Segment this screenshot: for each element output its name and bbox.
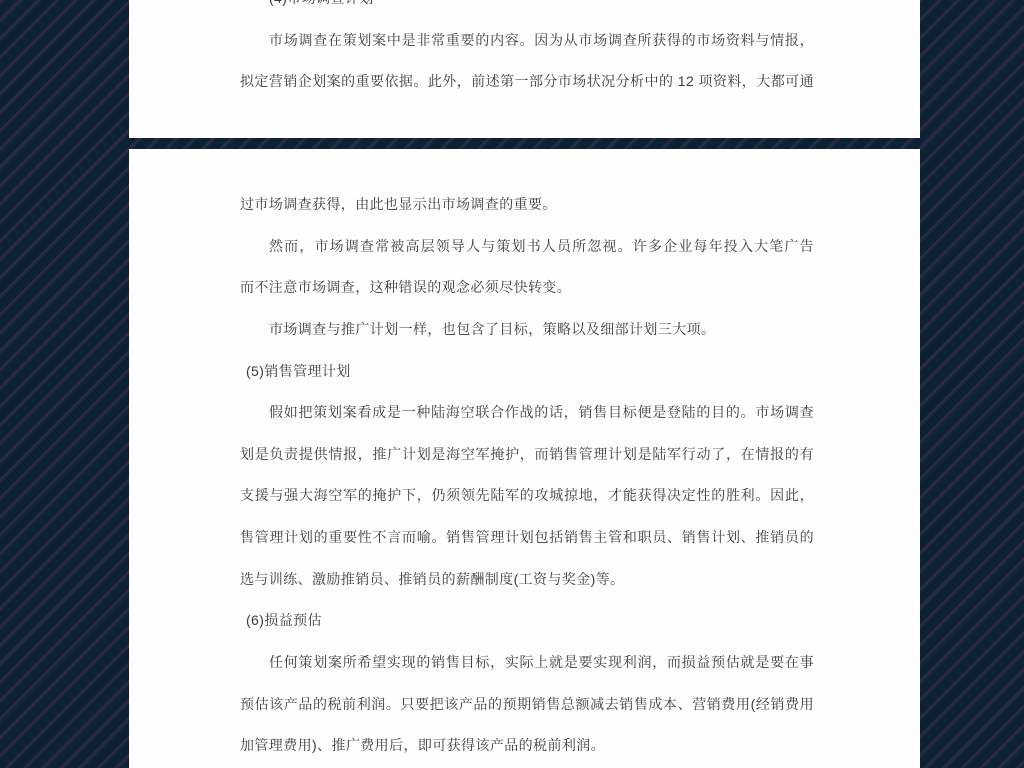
document-line: 市场调查与推广计划一样，也包含了目标，策略以及细部计划三大项。 (240, 309, 814, 351)
document-line: 支援与强大海空军的掩护下，仍须领先陆军的攻城掠地，才能获得决定性的胜利。因此，销 (240, 475, 814, 517)
document-line: 然而，市场调查常被高层领导人与策划书人员所忽视。许多企业每年投入大笔广告费， (240, 226, 814, 268)
document-line: 预估该产品的税前利润。只要把该产品的预期销售总额减去销售成本、营销费用(经销费用 (240, 684, 814, 726)
document-page-top: (4)市场调查计划 市场调查在策划案中是非常重要的内容。因为从市场调查所获得的市… (129, 0, 920, 138)
document-line: (4)市场调查计划 (240, 0, 814, 20)
document-line: 任何策划案所希望实现的销售目标，实际上就是要实现利润，而损益预估就是要在事前 (240, 642, 814, 684)
document-line: 假如把策划案看成是一种陆海空联合作战的话，销售目标便是登陆的目的。市场调查计 (240, 392, 814, 434)
document-line: 售管理计划的重要性不言而喻。销售管理计划包括销售主管和职员、销售计划、推销员的挑 (240, 517, 814, 559)
document-line: 而不注意市场调查，这种错误的观念必须尽快转变。 (240, 267, 814, 309)
document-line: 拟定营销企划案的重要依据。此外，前述第一部分市场状况分析中的 12 项资料，大都… (240, 61, 814, 103)
page-main-content: 过市场调查获得，由此也显示出市场调查的重要。 然而，市场调查常被高层领导人与策划… (240, 184, 814, 767)
document-line: 市场调查在策划案中是非常重要的内容。因为从市场调查所获得的市场资料与情报，是 (240, 20, 814, 62)
document-line: 过市场调查获得，由此也显示出市场调查的重要。 (240, 184, 814, 226)
document-section-heading: (6)损益预估 (240, 600, 814, 642)
document-line: 加管理费用)、推广费用后，即可获得该产品的税前利润。 (240, 725, 814, 767)
page-top-content: (4)市场调查计划 市场调查在策划案中是非常重要的内容。因为从市场调查所获得的市… (240, 0, 814, 103)
document-page-main: 过市场调查获得，由此也显示出市场调查的重要。 然而，市场调查常被高层领导人与策划… (129, 149, 920, 768)
document-section-heading: (5)销售管理计划 (240, 351, 814, 393)
document-background: (4)市场调查计划 市场调查在策划案中是非常重要的内容。因为从市场调查所获得的市… (0, 0, 1024, 768)
document-line: 划是负责提供情报，推广计划是海空军掩护，而销售管理计划是陆军行动了，在情报的有效 (240, 434, 814, 476)
document-line: 选与训练、激励推销员、推销员的薪酬制度(工资与奖金)等。 (240, 559, 814, 601)
